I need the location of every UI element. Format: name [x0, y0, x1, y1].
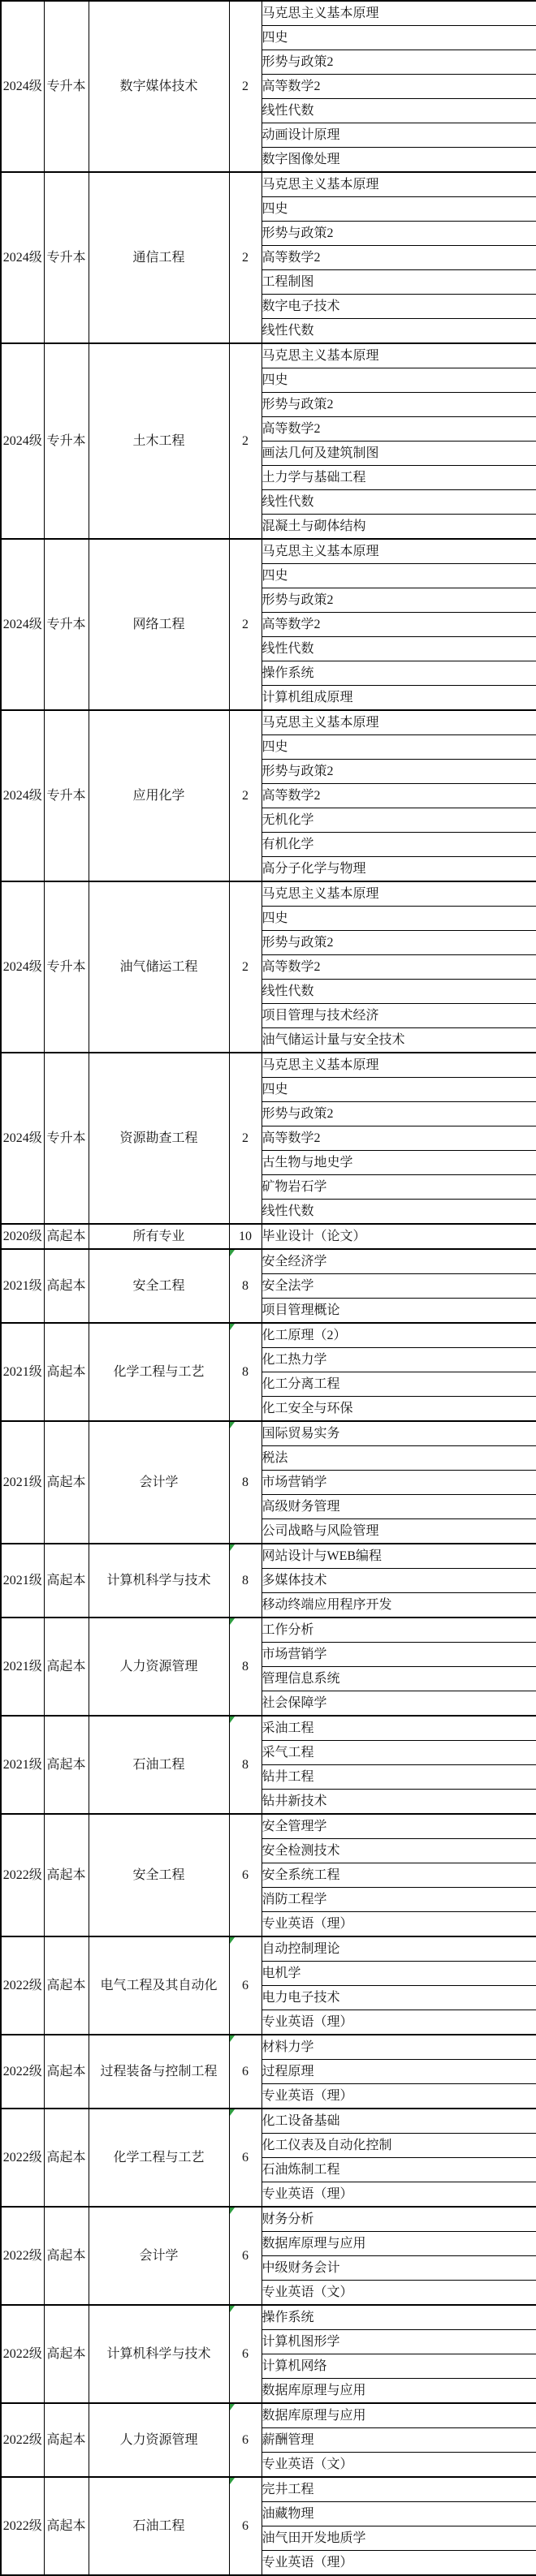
course-cell: 多媒体技术 [262, 1569, 536, 1593]
course-name: 马克思主义基本原理 [262, 545, 379, 558]
course-cell: 计算机组成原理 [262, 686, 536, 711]
exam-count-cell-text: 2 [242, 434, 249, 448]
course-name: 高等数学2 [262, 422, 321, 436]
grade-cell: 2022级 [1, 2403, 44, 2477]
course-cell: 项目管理与技术经济 [262, 1004, 536, 1028]
course-name: 财务分析 [262, 2212, 314, 2226]
grade-cell: 2021级 [1, 1249, 44, 1323]
cell-error-triangle-icon [230, 2208, 235, 2214]
exam-count-cell-text: 2 [242, 1131, 249, 1145]
course-cell: 移动终端应用程序开发 [262, 1593, 536, 1618]
exam-count-cell: 2 [229, 539, 262, 710]
table-row: 2024级专升本土木工程2马克思主义基本原理 [1, 343, 536, 368]
course-name: 马克思主义基本原理 [262, 716, 379, 730]
course-name: 马克思主义基本原理 [262, 1058, 379, 1072]
course-cell: 采油工程 [262, 1716, 536, 1741]
major-cell: 石油工程 [89, 1716, 229, 1814]
course-name: 钻井工程 [262, 1770, 314, 1784]
exam-count-cell-text: 6 [242, 1979, 249, 1992]
course-name: 管理信息系统 [262, 1672, 340, 1686]
course-name: 移动终端应用程序开发 [262, 1598, 392, 1612]
grade-cell: 2022级 [1, 1814, 44, 1936]
course-name: 数字图像处理 [262, 153, 340, 166]
major-cell-text: 石油工程 [132, 1758, 184, 1772]
course-cell: 计算机图形学 [262, 2330, 536, 2354]
course-cell: 专业英语（文） [262, 2281, 536, 2306]
course-cell: 线性代数 [262, 490, 536, 515]
exam-count-cell-text: 6 [242, 2151, 249, 2165]
major-cell-text: 安全工程 [132, 1868, 184, 1882]
cell-error-triangle-icon [230, 1422, 235, 1428]
major-cell: 过程装备与控制工程 [89, 2035, 229, 2109]
grade-cell-text: 2021级 [3, 1758, 42, 1772]
course-name: 化工仪表及自动化控制 [262, 2139, 392, 2152]
course-cell: 专业英语（理） [262, 2182, 536, 2208]
course-name: 安全检测技术 [262, 1844, 340, 1858]
table-row: 2024级专升本资源勘查工程2马克思主义基本原理 [1, 1053, 536, 1078]
course-name: 专业英语（理） [262, 1917, 353, 1931]
course-name: 高等数学2 [262, 960, 321, 974]
table-row: 2022级高起本过程装备与控制工程6材料力学 [1, 2035, 536, 2060]
major-cell: 油气储运工程 [89, 881, 229, 1053]
exam-count-cell: 8 [229, 1618, 262, 1716]
course-cell: 高等数学2 [262, 784, 536, 808]
course-cell: 形势与政策2 [262, 222, 536, 246]
course-cell: 动画设计原理 [262, 123, 536, 148]
course-cell: 化工热力学 [262, 1348, 536, 1372]
course-name: 高等数学2 [262, 618, 321, 631]
major-cell-text: 会计学 [139, 1475, 178, 1489]
major-cell: 数字媒体技术 [89, 1, 229, 172]
course-cell: 马克思主义基本原理 [262, 172, 536, 197]
course-name: 四史 [262, 569, 288, 583]
level-cell-text: 高起本 [46, 1868, 85, 1882]
course-name: 四史 [262, 31, 288, 45]
major-cell: 所有专业 [89, 1224, 229, 1249]
course-cell: 高等数学2 [262, 1126, 536, 1151]
major-cell-text: 会计学 [139, 2249, 178, 2263]
major-cell-text: 计算机科学与技术 [106, 2347, 210, 2361]
course-cell: 中级财务会计 [262, 2256, 536, 2281]
course-cell: 高级财务管理 [262, 1495, 536, 1519]
course-name: 高等数学2 [262, 80, 321, 93]
major-cell-text: 石油工程 [132, 2519, 184, 2533]
course-cell: 数据库原理与应用 [262, 2232, 536, 2256]
course-name: 计算机组成原理 [262, 691, 353, 704]
cell-error-triangle-icon [230, 1250, 235, 1256]
course-name: 线性代数 [262, 984, 314, 998]
course-cell: 形势与政策2 [262, 760, 536, 784]
major-cell: 应用化学 [89, 710, 229, 881]
course-name: 操作系统 [262, 666, 314, 680]
course-cell: 化工分离工程 [262, 1372, 536, 1397]
exam-count-cell-text: 8 [242, 1574, 249, 1587]
course-name: 高等数学2 [262, 1131, 321, 1145]
course-cell: 化工仪表及自动化控制 [262, 2134, 536, 2158]
course-name: 形势与政策2 [262, 765, 334, 778]
course-name: 画法几何及建筑制图 [262, 446, 379, 460]
course-cell: 线性代数 [262, 99, 536, 123]
course-name: 四史 [262, 911, 288, 925]
course-name: 四史 [262, 202, 288, 216]
cell-error-triangle-icon [230, 2478, 235, 2484]
course-cell: 专业英语（理） [262, 2551, 536, 2576]
course-cell: 高等数学2 [262, 417, 536, 442]
course-cell: 形势与政策2 [262, 931, 536, 955]
course-cell: 线性代数 [262, 637, 536, 661]
course-cell: 专业英语（理） [262, 2010, 536, 2035]
course-cell: 土力学与基础工程 [262, 466, 536, 490]
course-name: 马克思主义基本原理 [262, 887, 379, 901]
level-cell-text: 高起本 [46, 1574, 85, 1587]
major-cell-text: 人力资源管理 [119, 1660, 197, 1674]
course-name: 专业英语（理） [262, 2089, 353, 2103]
course-name: 化工安全与环保 [262, 1402, 353, 1415]
table-row: 2024级专升本油气储运工程2马克思主义基本原理 [1, 881, 536, 907]
exam-count-cell-text: 8 [242, 1660, 249, 1674]
major-cell: 土木工程 [89, 343, 229, 539]
course-name: 市场营销学 [262, 1475, 327, 1489]
grade-cell-text: 2021级 [3, 1660, 42, 1674]
grade-cell-text: 2024级 [3, 960, 42, 974]
grade-cell-text: 2021级 [3, 1279, 42, 1293]
course-name: 形势与政策2 [262, 1107, 334, 1121]
level-cell: 高起本 [44, 1249, 89, 1323]
course-cell: 操作系统 [262, 2305, 536, 2330]
course-cell: 矿物岩石学 [262, 1175, 536, 1200]
course-cell: 形势与政策2 [262, 393, 536, 417]
exam-count-cell: 8 [229, 1323, 262, 1421]
major-cell: 计算机科学与技术 [89, 1544, 229, 1618]
major-cell-text: 网络工程 [132, 618, 184, 631]
course-cell: 四史 [262, 368, 536, 393]
course-name: 线性代数 [262, 495, 314, 509]
course-cell: 专业英语（文） [262, 2453, 536, 2478]
table-row: 2024级专升本应用化学2马克思主义基本原理 [1, 710, 536, 735]
course-name: 油藏物理 [262, 2507, 314, 2521]
grade-cell: 2020级 [1, 1224, 44, 1249]
grade-cell-text: 2024级 [3, 251, 42, 265]
course-cell: 工程制图 [262, 270, 536, 295]
course-name: 线性代数 [262, 324, 314, 338]
course-cell: 形势与政策2 [262, 588, 536, 613]
exam-count-cell: 2 [229, 710, 262, 881]
exam-count-cell: 6 [229, 2477, 262, 2575]
table-row: 2021级高起本会计学8国际贸易实务 [1, 1421, 536, 1446]
major-cell-text: 人力资源管理 [119, 2433, 197, 2447]
major-cell-text: 安全工程 [132, 1279, 184, 1293]
level-cell: 专升本 [44, 881, 89, 1053]
level-cell-text: 专升本 [46, 960, 85, 974]
cell-error-triangle-icon [230, 2306, 235, 2312]
course-name: 安全管理学 [262, 1820, 327, 1833]
course-cell: 社会保障学 [262, 1691, 536, 1717]
course-cell: 管理信息系统 [262, 1667, 536, 1691]
table-body: 2024级专升本数字媒体技术2马克思主义基本原理四史形势与政策2高等数学2线性代… [1, 1, 536, 2575]
table-row: 2024级专升本通信工程2马克思主义基本原理 [1, 172, 536, 197]
course-cell: 油气储运计量与安全技术 [262, 1028, 536, 1053]
course-cell: 有机化学 [262, 833, 536, 857]
course-cell: 市场营销学 [262, 1471, 536, 1495]
grade-cell-text: 2022级 [3, 2433, 42, 2447]
course-name: 无机化学 [262, 813, 314, 827]
grade-cell-text: 2021级 [3, 1475, 42, 1489]
major-cell: 计算机科学与技术 [89, 2305, 229, 2403]
cell-error-triangle-icon [230, 1618, 235, 1625]
grade-cell: 2024级 [1, 172, 44, 343]
major-cell: 化学工程与工艺 [89, 2109, 229, 2207]
level-cell-text: 高起本 [46, 1279, 85, 1293]
grade-cell: 2021级 [1, 1716, 44, 1814]
course-name: 古生物与地史学 [262, 1156, 353, 1170]
grade-cell-text: 2022级 [3, 2065, 42, 2078]
course-cell: 线性代数 [262, 1200, 536, 1225]
major-cell: 化学工程与工艺 [89, 1323, 229, 1421]
course-cell: 毕业设计（论文） [262, 1224, 536, 1249]
grade-cell: 2022级 [1, 2035, 44, 2109]
level-cell: 高起本 [44, 1936, 89, 2035]
course-cell: 马克思主义基本原理 [262, 1053, 536, 1078]
major-cell-text: 资源勘查工程 [119, 1131, 197, 1145]
level-cell-text: 高起本 [46, 1660, 85, 1674]
exam-count-cell-text: 6 [242, 2347, 249, 2361]
grade-cell: 2022级 [1, 1936, 44, 2035]
exam-count-cell: 2 [229, 172, 262, 343]
grade-cell-text: 2024级 [3, 80, 42, 93]
course-cell: 马克思主义基本原理 [262, 710, 536, 735]
table-row: 2024级专升本网络工程2马克思主义基本原理 [1, 539, 536, 564]
course-cell: 高等数学2 [262, 613, 536, 637]
course-cell: 财务分析 [262, 2207, 536, 2232]
level-cell: 高起本 [44, 2109, 89, 2207]
grade-cell-text: 2022级 [3, 1868, 42, 1882]
course-cell: 安全检测技术 [262, 1839, 536, 1863]
course-cell: 钻井工程 [262, 1765, 536, 1790]
level-cell: 高起本 [44, 1421, 89, 1544]
exam-count-cell-text: 6 [242, 2249, 249, 2263]
course-cell: 网站设计与WEB编程 [262, 1544, 536, 1569]
grade-cell: 2024级 [1, 539, 44, 710]
course-cell: 市场营销学 [262, 1643, 536, 1667]
table-row: 2022级高起本会计学6财务分析 [1, 2207, 536, 2232]
level-cell-text: 高起本 [46, 1365, 85, 1379]
course-cell: 四史 [262, 735, 536, 760]
course-cell: 数字电子技术 [262, 295, 536, 319]
course-name: 形势与政策2 [262, 936, 334, 950]
course-cell: 无机化学 [262, 808, 536, 833]
course-name: 专业英语（理） [262, 2015, 353, 2029]
course-cell: 安全经济学 [262, 1249, 536, 1274]
grade-cell-text: 2024级 [3, 1131, 42, 1145]
level-cell-text: 专升本 [46, 434, 85, 448]
course-name: 专业英语（文） [262, 2458, 353, 2471]
level-cell: 专升本 [44, 172, 89, 343]
exam-count-cell: 8 [229, 1421, 262, 1544]
course-name: 专业英语（文） [262, 2285, 353, 2299]
level-cell-text: 专升本 [46, 251, 85, 265]
grade-cell: 2022级 [1, 2109, 44, 2207]
exam-count-cell-text: 6 [242, 2065, 249, 2078]
level-cell: 高起本 [44, 2035, 89, 2109]
table-row: 2021级高起本化学工程与工艺8化工原理（2） [1, 1323, 536, 1348]
course-cell: 古生物与地史学 [262, 1151, 536, 1175]
exam-schedule-page: 2024级专升本数字媒体技术2马克思主义基本原理四史形势与政策2高等数学2线性代… [0, 0, 536, 2576]
level-cell-text: 专升本 [46, 80, 85, 93]
course-cell: 线性代数 [262, 319, 536, 344]
cell-error-triangle-icon [230, 2035, 235, 2042]
course-cell: 高等数学2 [262, 955, 536, 980]
course-cell: 高等数学2 [262, 246, 536, 270]
course-cell: 化工设备基础 [262, 2109, 536, 2134]
course-name: 公司战略与风险管理 [262, 1524, 379, 1538]
course-cell: 混凝土与砌体结构 [262, 515, 536, 540]
table-row: 2022级高起本化学工程与工艺6化工设备基础 [1, 2109, 536, 2134]
course-cell: 自动控制理论 [262, 1936, 536, 1962]
table-row: 2020级高起本所有专业10毕业设计（论文） [1, 1224, 536, 1249]
course-name: 采油工程 [262, 1721, 314, 1735]
course-name: 数据库原理与应用 [262, 2237, 366, 2251]
course-cell: 油藏物理 [262, 2502, 536, 2526]
exam-count-cell: 6 [229, 2403, 262, 2477]
exam-count-cell: 6 [229, 2207, 262, 2305]
course-name: 安全系统工程 [262, 1868, 340, 1882]
course-cell: 四史 [262, 26, 536, 50]
exam-count-cell-text: 2 [242, 789, 249, 803]
level-cell: 高起本 [44, 2305, 89, 2403]
course-cell: 电机学 [262, 1962, 536, 1986]
grade-cell-text: 2022级 [3, 2151, 42, 2165]
course-name: 数字电子技术 [262, 299, 340, 313]
grade-cell-text: 2022级 [3, 2347, 42, 2361]
exam-count-cell: 6 [229, 2305, 262, 2403]
course-cell: 完井工程 [262, 2477, 536, 2502]
course-cell: 化工原理（2） [262, 1323, 536, 1348]
cell-error-triangle-icon [230, 1717, 235, 1723]
grade-cell: 2021级 [1, 1323, 44, 1421]
course-name: 项目管理概论 [262, 1303, 340, 1317]
course-name: 计算机图形学 [262, 2335, 340, 2349]
course-cell: 过程原理 [262, 2060, 536, 2084]
course-cell: 马克思主义基本原理 [262, 1, 536, 26]
table-row: 2022级高起本计算机科学与技术6操作系统 [1, 2305, 536, 2330]
exam-count-cell: 2 [229, 343, 262, 539]
course-cell: 项目管理概论 [262, 1299, 536, 1324]
course-name: 国际贸易实务 [262, 1427, 340, 1441]
course-name: 操作系统 [262, 2311, 314, 2324]
grade-cell: 2022级 [1, 2305, 44, 2403]
level-cell-text: 高起本 [46, 2151, 85, 2165]
level-cell-text: 高起本 [46, 1758, 85, 1772]
course-name: 采气工程 [262, 1746, 314, 1760]
course-name: 工作分析 [262, 1623, 314, 1637]
grade-cell-text: 2022级 [3, 2249, 42, 2263]
course-name: 工程制图 [262, 275, 314, 289]
level-cell-text: 高起本 [46, 2347, 85, 2361]
exam-count-cell-text: 2 [242, 80, 249, 93]
grade-cell: 2021级 [1, 1421, 44, 1544]
exam-count-cell-text: 10 [239, 1230, 252, 1243]
exam-count-cell: 8 [229, 1544, 262, 1618]
course-name: 钻井新技术 [262, 1794, 327, 1808]
major-cell: 会计学 [89, 1421, 229, 1544]
grade-cell: 2024级 [1, 1, 44, 172]
course-name: 电力电子技术 [262, 1991, 340, 2005]
level-cell-text: 专升本 [46, 1131, 85, 1145]
course-cell: 安全管理学 [262, 1814, 536, 1839]
level-cell: 专升本 [44, 710, 89, 881]
table-row: 2022级高起本石油工程6完井工程 [1, 2477, 536, 2502]
grade-cell: 2024级 [1, 881, 44, 1053]
level-cell: 高起本 [44, 1323, 89, 1421]
course-cell: 税法 [262, 1446, 536, 1471]
course-name: 四史 [262, 740, 288, 754]
level-cell: 高起本 [44, 2207, 89, 2305]
major-cell: 安全工程 [89, 1249, 229, 1323]
exam-count-cell: 2 [229, 1053, 262, 1224]
course-cell: 四史 [262, 564, 536, 588]
exam-count-cell-text: 2 [242, 960, 249, 974]
course-cell: 钻井新技术 [262, 1790, 536, 1815]
course-cell: 消防工程学 [262, 1888, 536, 1912]
course-cell: 安全系统工程 [262, 1863, 536, 1888]
major-cell-text: 计算机科学与技术 [106, 1574, 210, 1587]
grade-cell: 2022级 [1, 2207, 44, 2305]
course-name: 自动控制理论 [262, 1942, 340, 1956]
level-cell: 高起本 [44, 1224, 89, 1249]
course-name: 高等数学2 [262, 251, 321, 265]
grade-cell: 2022级 [1, 2477, 44, 2575]
course-name: 线性代数 [262, 1204, 314, 1218]
major-cell-text: 电气工程及其自动化 [100, 1979, 217, 1992]
major-cell: 网络工程 [89, 539, 229, 710]
table-row: 2021级高起本计算机科学与技术8网站设计与WEB编程 [1, 1544, 536, 1569]
major-cell: 石油工程 [89, 2477, 229, 2575]
grade-cell: 2024级 [1, 343, 44, 539]
cell-error-triangle-icon [230, 2109, 235, 2116]
grade-cell-text: 2024级 [3, 434, 42, 448]
course-cell: 工作分析 [262, 1618, 536, 1643]
level-cell: 专升本 [44, 1053, 89, 1224]
course-cell: 四史 [262, 197, 536, 222]
exam-count-cell-text: 8 [242, 1758, 249, 1772]
course-name: 专业英语（理） [262, 2556, 353, 2570]
course-cell: 马克思主义基本原理 [262, 539, 536, 564]
course-cell: 操作系统 [262, 661, 536, 686]
course-name: 土力学与基础工程 [262, 471, 366, 485]
course-cell: 数字图像处理 [262, 148, 536, 173]
grade-cell-text: 2021级 [3, 1574, 42, 1587]
level-cell-text: 专升本 [46, 618, 85, 631]
grade-cell: 2024级 [1, 1053, 44, 1224]
cell-error-triangle-icon [230, 2404, 235, 2410]
course-cell: 高等数学2 [262, 75, 536, 99]
table-row: 2022级高起本电气工程及其自动化6自动控制理论 [1, 1936, 536, 1962]
course-name: 安全法学 [262, 1279, 314, 1293]
course-cell: 马克思主义基本原理 [262, 343, 536, 368]
course-cell: 四史 [262, 1078, 536, 1102]
course-cell: 形势与政策2 [262, 50, 536, 75]
course-name: 有机化学 [262, 838, 314, 851]
major-cell-text: 油气储运工程 [119, 960, 197, 974]
course-name: 过程原理 [262, 2065, 314, 2078]
course-name: 形势与政策2 [262, 593, 334, 607]
course-name: 油气储运计量与安全技术 [262, 1033, 405, 1047]
course-cell: 薪酬管理 [262, 2428, 536, 2453]
course-cell: 油气田开发地质学 [262, 2526, 536, 2551]
course-name: 薪酬管理 [262, 2433, 314, 2447]
grade-cell-text: 2022级 [3, 2519, 42, 2533]
course-name: 毕业设计（论文） [262, 1230, 366, 1243]
